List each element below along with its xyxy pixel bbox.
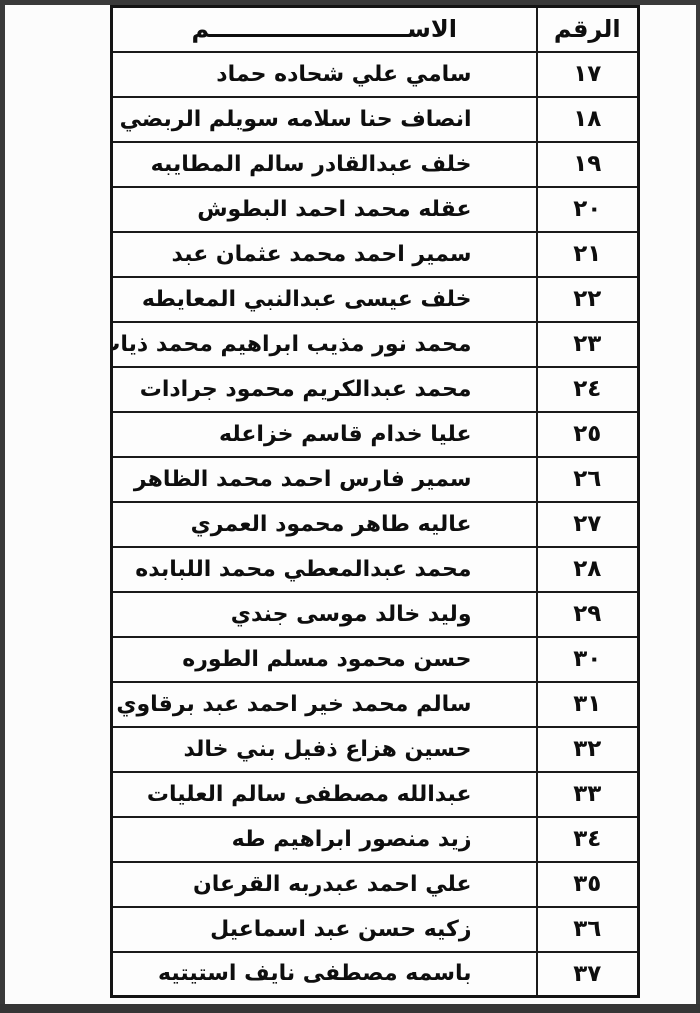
row-name-cell: خلف عيسى عبدالنبي المعايطه — [112, 277, 537, 322]
row-name-cell: باسمه مصطفى نايف استيتيه — [112, 952, 537, 997]
row-number-cell: ٣٦ — [537, 907, 639, 952]
table-body: ١٧ سامي علي شحاده حماد ١٨ انصاف حنا سلام… — [112, 52, 639, 997]
row-name-cell: زيد منصور ابراهيم طه — [112, 817, 537, 862]
table-row: ٢٥ عليا خدام قاسم خزاعله — [112, 412, 639, 457]
number-column-header: الرقم — [537, 7, 639, 52]
table-row: ٢٧ عاليه طاهر محمود العمري — [112, 502, 639, 547]
table-row: ٢٦ سمير فارس احمد محمد الظاهر — [112, 457, 639, 502]
row-number-cell: ٢٧ — [537, 502, 639, 547]
scanned-document-page: الرقم الاســــــــــــــــــــــــم ١٧ س… — [0, 0, 700, 1013]
row-name-cell: علي احمد عبدربه القرعان — [112, 862, 537, 907]
row-number-cell: ٢٢ — [537, 277, 639, 322]
row-number-cell: ٢٤ — [537, 367, 639, 412]
row-name-cell: محمد عبدالمعطي محمد اللبابده — [112, 547, 537, 592]
row-number-cell: ٢٩ — [537, 592, 639, 637]
table-row: ٣٢ حسين هزاع ذفيل بني خالد — [112, 727, 639, 772]
row-name-cell: عبدالله مصطفى سالم العليات — [112, 772, 537, 817]
row-number-cell: ٢٦ — [537, 457, 639, 502]
name-column-header: الاســــــــــــــــــــــــم — [112, 7, 537, 52]
row-number-cell: ٣٤ — [537, 817, 639, 862]
table-row: ٣٧ باسمه مصطفى نايف استيتيه — [112, 952, 639, 997]
row-name-cell: حسين هزاع ذفيل بني خالد — [112, 727, 537, 772]
row-number-cell: ٢٨ — [537, 547, 639, 592]
row-number-cell: ٣٥ — [537, 862, 639, 907]
table-row: ٢٨ محمد عبدالمعطي محمد اللبابده — [112, 547, 639, 592]
table-row: ٣٣ عبدالله مصطفى سالم العليات — [112, 772, 639, 817]
row-number-cell: ٣٣ — [537, 772, 639, 817]
table-row: ٢٩ وليد خالد موسى جندي — [112, 592, 639, 637]
table-header-row: الرقم الاســــــــــــــــــــــــم — [112, 7, 639, 52]
scan-edge-right — [696, 0, 700, 1013]
scan-edge-bottom — [0, 1004, 700, 1013]
scan-edge-left — [0, 0, 5, 1013]
row-name-cell: زكيه حسن عبد اسماعيل — [112, 907, 537, 952]
table-row: ٢٤ محمد عبدالكريم محمود جرادات — [112, 367, 639, 412]
names-roster-table: الرقم الاســــــــــــــــــــــــم ١٧ س… — [110, 5, 640, 998]
row-number-cell: ٢٣ — [537, 322, 639, 367]
table-row: ٣٥ علي احمد عبدربه القرعان — [112, 862, 639, 907]
table-row: ٢٠ عقله محمد احمد البطوش — [112, 187, 639, 232]
table-row: ٣١ سالم محمد خير احمد عبد برقاوي — [112, 682, 639, 727]
row-number-cell: ٢٥ — [537, 412, 639, 457]
row-name-cell: محمد عبدالكريم محمود جرادات — [112, 367, 537, 412]
table-row: ٣٤ زيد منصور ابراهيم طه — [112, 817, 639, 862]
row-name-cell: سامي علي شحاده حماد — [112, 52, 537, 97]
table-row: ٢٣ محمد نور مذيب ابراهيم محمد ذياب — [112, 322, 639, 367]
row-number-cell: ٣١ — [537, 682, 639, 727]
table-row: ١٩ خلف عبدالقادر سالم المطايبه — [112, 142, 639, 187]
row-number-cell: ٣٢ — [537, 727, 639, 772]
row-name-cell: سالم محمد خير احمد عبد برقاوي — [112, 682, 537, 727]
row-name-cell: عقله محمد احمد البطوش — [112, 187, 537, 232]
table-row: ١٨ انصاف حنا سلامه سويلم الربضي — [112, 97, 639, 142]
row-name-cell: وليد خالد موسى جندي — [112, 592, 537, 637]
row-name-cell: انصاف حنا سلامه سويلم الربضي — [112, 97, 537, 142]
row-number-cell: ١٨ — [537, 97, 639, 142]
row-number-cell: ١٩ — [537, 142, 639, 187]
table-row: ٢١ سمير احمد محمد عثمان عبد — [112, 232, 639, 277]
row-name-cell: عاليه طاهر محمود العمري — [112, 502, 537, 547]
table-row: ١٧ سامي علي شحاده حماد — [112, 52, 639, 97]
row-name-cell: حسن محمود مسلم الطوره — [112, 637, 537, 682]
row-number-cell: ٣٠ — [537, 637, 639, 682]
table-row: ٣٦ زكيه حسن عبد اسماعيل — [112, 907, 639, 952]
table-row: ٢٢ خلف عيسى عبدالنبي المعايطه — [112, 277, 639, 322]
row-name-cell: خلف عبدالقادر سالم المطايبه — [112, 142, 537, 187]
row-number-cell: ٣٧ — [537, 952, 639, 997]
row-name-cell: عليا خدام قاسم خزاعله — [112, 412, 537, 457]
row-number-cell: ٢١ — [537, 232, 639, 277]
row-number-cell: ٢٠ — [537, 187, 639, 232]
row-name-cell: سمير احمد محمد عثمان عبد — [112, 232, 537, 277]
table-row: ٣٠ حسن محمود مسلم الطوره — [112, 637, 639, 682]
row-number-cell: ١٧ — [537, 52, 639, 97]
row-name-cell: محمد نور مذيب ابراهيم محمد ذياب — [112, 322, 537, 367]
row-name-cell: سمير فارس احمد محمد الظاهر — [112, 457, 537, 502]
